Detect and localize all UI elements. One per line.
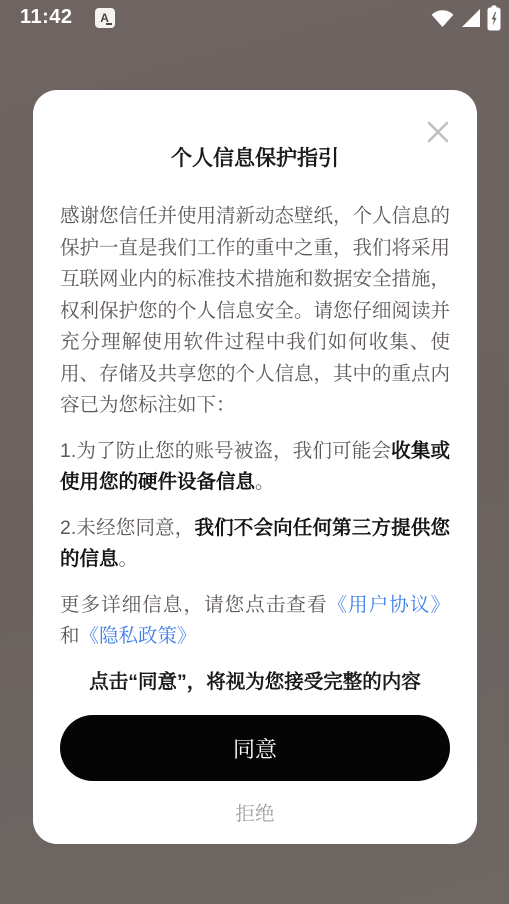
reject-button[interactable]: 拒绝 <box>235 798 274 826</box>
item1-tail: 。 <box>255 471 275 493</box>
close-icon[interactable] <box>424 118 452 146</box>
intro-paragraph: 感谢您信任并使用清新动态壁纸，个人信息的保护一直是我们工作的重中之重，我们将采用… <box>60 201 450 422</box>
app-screen: 11:42 A <box>0 0 509 904</box>
consent-note: 点击“同意”，将视为您接受完整的内容 <box>60 667 450 699</box>
privacy-policy-link[interactable]: 《隐私政策》 <box>80 625 197 647</box>
highlight-item-2: 2.未经您同意，我们不会向任何第三方提供您的信息。 <box>60 513 450 576</box>
cellular-signal-icon <box>461 8 481 28</box>
item2-normal-text: 2.未经您同意， <box>60 517 194 539</box>
more-info-prefix: 更多详细信息，请您点击查看 <box>60 594 328 616</box>
wifi-icon <box>430 8 455 28</box>
privacy-dialog: 个人信息保护指引 感谢您信任并使用清新动态壁纸，个人信息的保护一直是我们工作的重… <box>33 90 477 844</box>
notification-app-icon-underline <box>106 23 112 25</box>
agree-button[interactable]: 同意 <box>60 715 450 781</box>
more-info-paragraph: 更多详细信息，请您点击查看《用户协议》和《隐私政策》 <box>60 590 450 653</box>
status-time: 11:42 <box>20 6 73 29</box>
status-bar: 11:42 A <box>0 0 509 35</box>
dialog-title: 个人信息保护指引 <box>60 142 450 172</box>
user-agreement-link[interactable]: 《用户协议》 <box>328 594 450 616</box>
intro-text: 感谢您信任并使用清新动态壁纸，个人信息的保护一直是我们工作的重中之重，我们将采用… <box>60 205 450 416</box>
notification-app-icon: A <box>95 8 115 28</box>
item1-normal-text: 1.为了防止您的账号被盗，我们可能会 <box>60 440 391 462</box>
more-info-conjunction: 和 <box>60 625 80 647</box>
status-icons <box>430 5 501 31</box>
item2-tail: 。 <box>119 548 139 570</box>
battery-charging-icon <box>487 5 501 31</box>
highlight-item-1: 1.为了防止您的账号被盗，我们可能会收集或使用您的硬件设备信息。 <box>60 436 450 499</box>
